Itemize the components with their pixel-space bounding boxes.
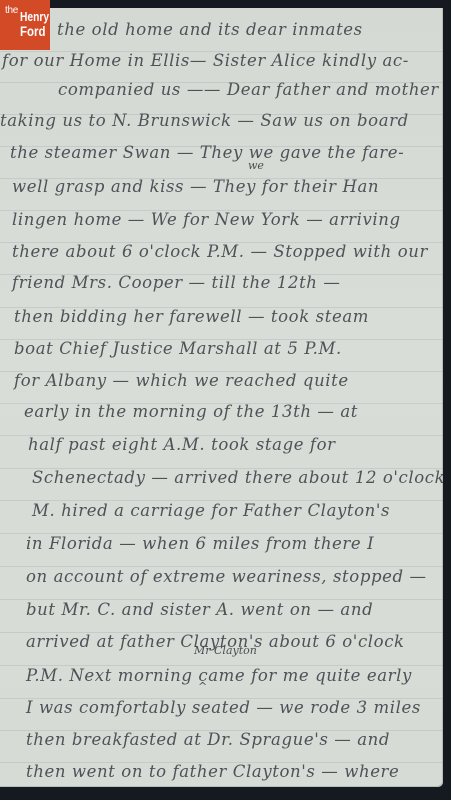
manuscript-line: then breakfasted at Dr. Sprague's — and xyxy=(26,732,390,749)
manuscript-line: Schenectady — arrived there about 12 o'c… xyxy=(32,470,443,487)
caret-mark: ^ xyxy=(198,681,207,692)
interlinear-note: we xyxy=(248,160,264,171)
manuscript-line: then went on to father Clayton's — where xyxy=(26,764,399,781)
manuscript-line: but Mr. C. and sister A. went on — and xyxy=(26,602,373,619)
manuscript-line: taking us to N. Brunswick — Saw us on bo… xyxy=(0,113,409,130)
manuscript-line: companied us —— Dear father and mother xyxy=(58,82,439,99)
manuscript-line: in Florida — when 6 miles from there I xyxy=(26,536,374,553)
manuscript-line: friend Mrs. Cooper — till the 12th — xyxy=(12,275,340,292)
manuscript-line: half past eight A.M. took stage for xyxy=(28,437,336,454)
manuscript-line: I was comfortably seated — we rode 3 mil… xyxy=(26,700,421,717)
manuscript-page: the old home and its dear inmates for ou… xyxy=(0,8,443,787)
manuscript-line: the old home and its dear inmates xyxy=(57,22,363,39)
document-viewer: the old home and its dear inmates for ou… xyxy=(0,0,451,800)
interlinear-note: Mr Clayton xyxy=(194,645,257,656)
manuscript-line: the steamer Swan — They we gave the fare… xyxy=(10,145,404,162)
manuscript-line: for our Home in Ellis— Sister Alice kind… xyxy=(2,53,409,70)
logo-ford: Ford xyxy=(20,24,45,38)
manuscript-line: on account of extreme weariness, stopped… xyxy=(26,569,427,586)
manuscript-line: boat Chief Justice Marshall at 5 P.M. xyxy=(14,341,342,358)
manuscript-line: P.M. Next morning came for me quite earl… xyxy=(26,668,412,685)
manuscript-line: there about 6 o'clock P.M. — Stopped wit… xyxy=(12,244,428,261)
manuscript-line: early in the morning of the 13th — at xyxy=(24,404,358,421)
manuscript-line: M. hired a carriage for Father Clayton's xyxy=(32,503,390,520)
manuscript-line: lingen home — We for New York — arriving xyxy=(12,212,401,229)
henry-ford-logo[interactable]: the Henry Ford xyxy=(0,0,50,50)
manuscript-line: well grasp and kiss — They for their Han xyxy=(12,179,379,196)
manuscript-line: for Albany — which we reached quite xyxy=(14,373,349,390)
manuscript-line: then bidding her farewell — took steam xyxy=(14,309,369,326)
